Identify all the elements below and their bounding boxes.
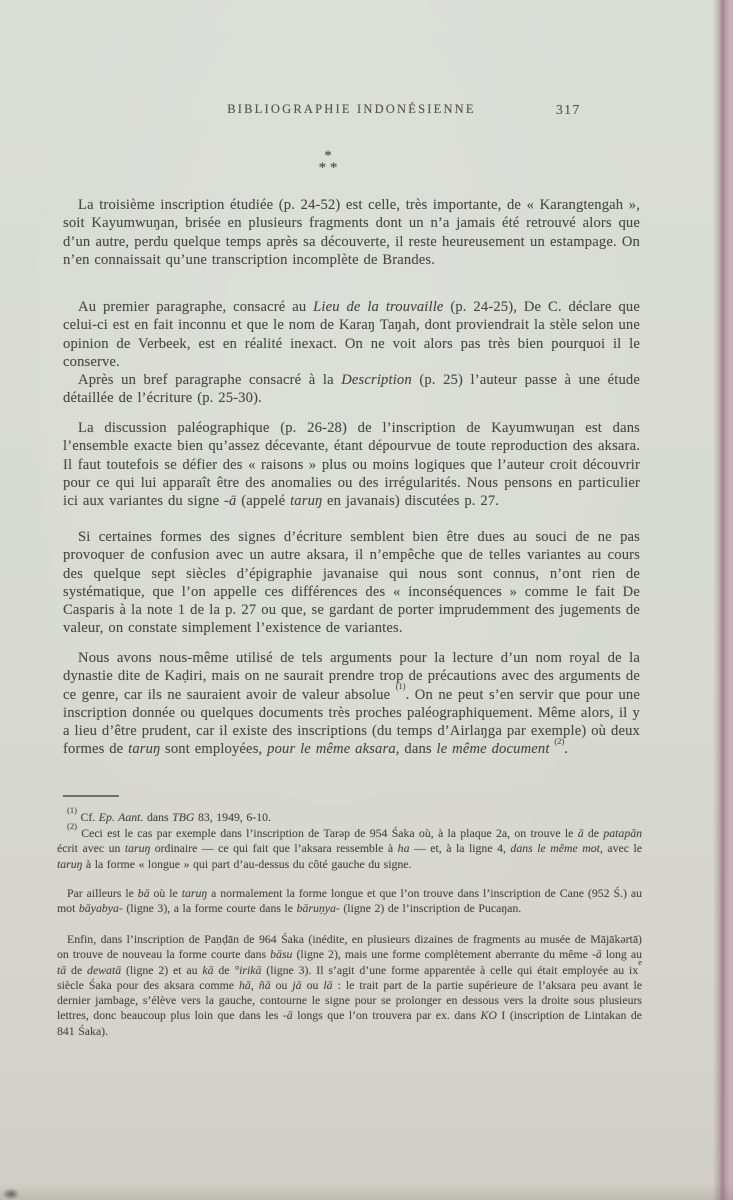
footnote-2-continuation-1: Par ailleurs le bā où le taruŋ a normale… [57,886,642,917]
body-paragraph-3: Après un bref paragraphe consacré à la D… [63,371,640,408]
footnote-2-continuation-2: Enfin, dans l’inscription de Paṇḍān de 9… [57,932,642,1039]
body-paragraph-4: La discussion paléographique (p. 26-28) … [63,419,640,510]
footnote-separator-rule [63,795,119,797]
asterism-divider: * * * [303,150,353,174]
footnote-2: (2) Ceci est le cas par exemple dans l’i… [57,826,642,872]
body-paragraph-5: Si certaines formes des signes d’écritur… [63,528,640,638]
body-paragraph-2: Au premier paragraphe, consacré au Lieu … [63,298,640,371]
scanned-page: BIBLIOGRAPHIE INDONÉSIENNE 317 * * * La … [0,0,733,1200]
book-cover-edge [713,0,733,1200]
footnote-1: (1) Cf. Ep. Aant. dans TBG 83, 1949, 6-1… [57,810,642,825]
running-header-title: BIBLIOGRAPHIE INDONÉSIENNE [63,102,640,117]
body-paragraph-1: La troisième inscription étudiée (p. 24-… [63,196,640,269]
scan-bottom-shadow [0,1184,733,1200]
scan-smudge [2,1188,20,1200]
page-number: 317 [556,102,581,118]
body-paragraph-6: Nous avons nous-même utilisé de tels arg… [63,649,640,759]
